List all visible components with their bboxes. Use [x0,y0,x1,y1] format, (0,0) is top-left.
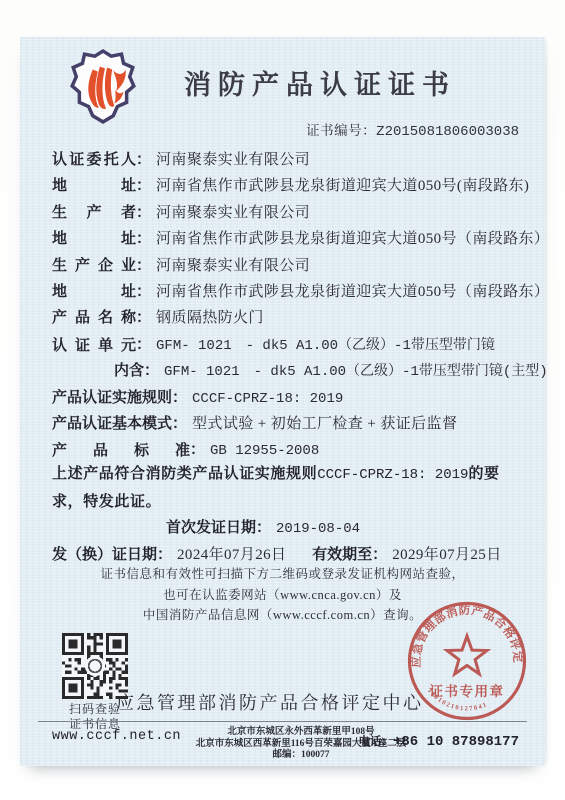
reissue-date-row: 发（换）证日期：2024年07月26日 有效期至：2029年07月25日 [52,543,502,564]
qr-code-block: 扫码查验 证书信息 [62,633,128,731]
fields-list: 认证委托人：河南聚泰实业有限公司 地址：河南省焦作市武陟县龙泉街道迎宾大道050… [52,149,527,466]
footer-phone: 电话：+86 10 87898177 [358,733,519,750]
official-seal-stamp: 应急管理部消防产品合格评定中心 证书专用章 11010210127041 [405,599,529,723]
footer-postcode: 邮编：100077 [170,750,432,762]
certificate-number: 证书编号：Z2015081806003038 [306,119,519,140]
field-row-address-3: 地址：河南省焦作市武陟县龙泉街道迎宾大道050号（南段路东） [52,281,527,307]
seal-ring [410,604,525,719]
seal-inner-text: 证书专用章 [430,683,505,699]
conformity-statement: 上述产品符合消防类产品认证实施规则CCCF-CPRZ-18: 2019的要求，特… [52,461,520,516]
seal-star-icon [447,636,487,674]
field-row-manufacturer: 生产企业：河南聚泰实业有限公司 [52,255,527,281]
issuing-org-name: 应急管理部消防产品合格评定中心 [116,689,446,715]
certificate-number-value: Z2015081806003038 [376,124,519,140]
field-row-producer: 生产者：河南聚泰实业有限公司 [52,202,527,228]
scanned-page: 消防产品认证证书 证书编号：Z2015081806003038 认证委托人：河南… [0,0,565,800]
field-row-product-name: 产品名称：钢质隔热防火门 [52,307,527,333]
footer-divider [38,721,527,722]
fire-shield-logo-icon [70,49,136,125]
field-row-applicant: 认证委托人：河南聚泰实业有限公司 [52,149,527,175]
certificate-number-label: 证书编号： [306,123,376,138]
field-row-address-1: 地址：河南省焦作市武陟县龙泉街道迎宾大道050号(南段路东) [52,175,527,201]
field-row-cert-unit: 认证单元：GFM- 1021 - dk5 A1.00（乙级）-1带压型带门镜 [52,334,527,360]
certificate-title: 消防产品认证证书 [150,63,490,102]
verification-line-1: 证书信息和有效性可扫描下方二维码或登录发证机构网站查验， [20,564,545,585]
certificate-paper: 消防产品认证证书 证书编号：Z2015081806003038 认证委托人：河南… [20,37,545,766]
footer-website: www.cccf.net.cn [52,729,181,744]
field-row-cert-rule: 产品认证实施规则：CCCF-CPRZ-18: 2019 [52,387,527,413]
field-row-address-2: 地址：河南省焦作市武陟县龙泉街道迎宾大道050号（南段路东） [52,228,527,254]
seal-arc-text: 应急管理部消防产品合格评定中心 [405,599,525,668]
field-row-cert-mode: 产品认证基本模式：型式试验 + 初始工厂检查 + 获证后监督 [52,413,527,439]
first-issue-date-row: 首次发证日期：2019-08-04 [166,516,360,537]
field-row-included-model: 内含：GFM- 1021 - dk5 A1.00（乙级）-1带压型带门镜(主型) [52,360,527,386]
